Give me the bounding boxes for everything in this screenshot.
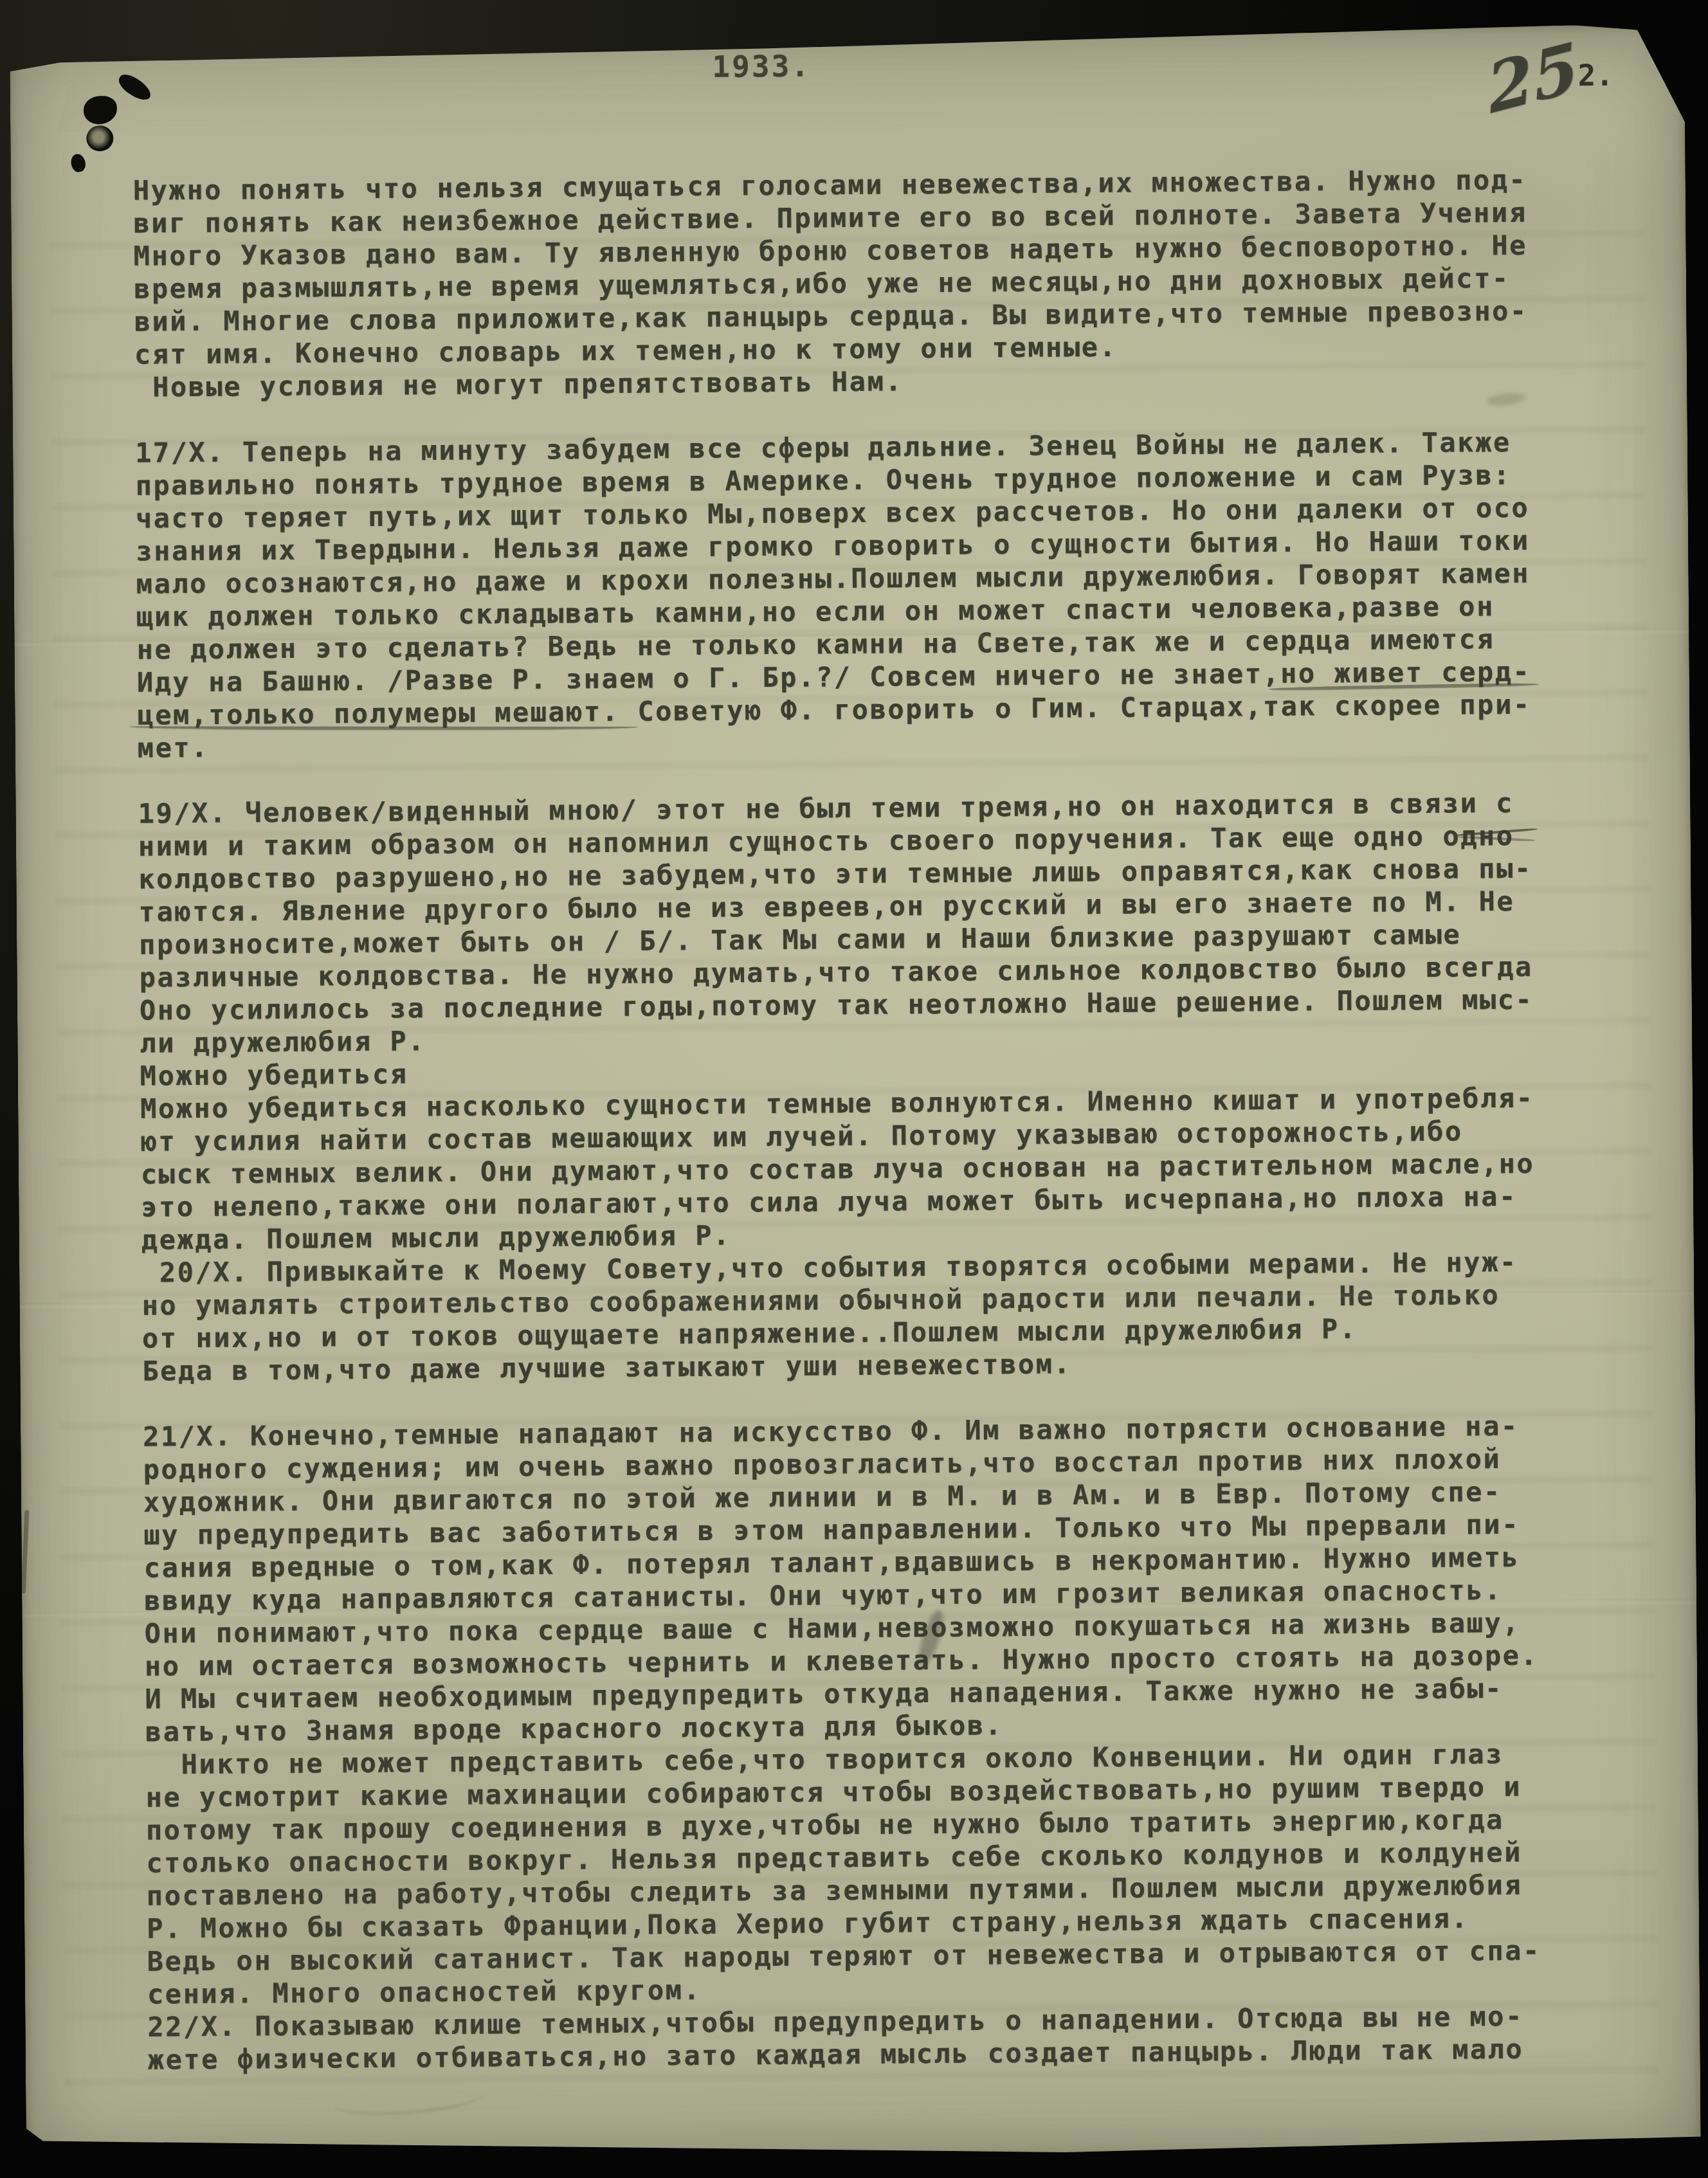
punch-hole (86, 125, 113, 151)
margin-mark (21, 1510, 30, 1593)
page-number-handwritten: 25 (1484, 33, 1582, 123)
year-label: 1933. (712, 49, 811, 83)
paper-sheet: 1933. 25 2. Нужно понять что нельзя смущ… (10, 24, 1701, 2164)
typewritten-text: Нужно понять что нельзя смущаться голоса… (133, 163, 1621, 2076)
page-number-typed: 2. (1577, 59, 1613, 92)
ink-blot-3 (69, 152, 88, 174)
scanner-background: 1933. 25 2. Нужно понять что нельзя смущ… (0, 0, 1708, 2178)
